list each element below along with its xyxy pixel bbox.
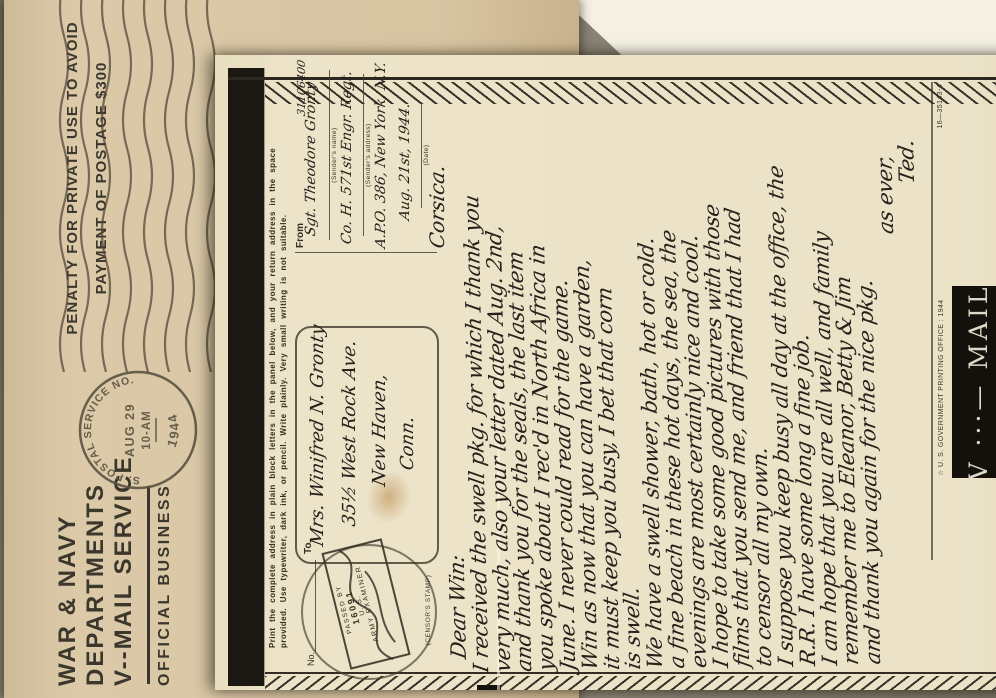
cancellation-wavy-lines [52, 0, 230, 372]
vmail-letter-sheet: Print the complete address in plain bloc… [215, 55, 996, 690]
to-address-line: Conn. [397, 415, 418, 472]
message-line: Ted. [895, 76, 919, 185]
letter-date: Aug. 21st, 1944. [397, 102, 413, 221]
form-border-band [228, 68, 264, 686]
to-address-line: Mrs. Winifred N. Gronty [307, 323, 328, 548]
postmark-time: 10-AM [141, 410, 153, 450]
to-address-line: New Haven, [369, 372, 390, 488]
scanned-vmail-photo: WAR & NAVY DEPARTMENTS V--MAIL SERVICE O… [0, 0, 996, 698]
no-label: No. [306, 652, 316, 666]
instruction-line: provided. Use typewriter, dark ink, or p… [278, 88, 289, 648]
instruction-line: Print the complete address in plain bloc… [267, 88, 278, 648]
corner-card-rule [147, 486, 150, 684]
censor-number-line: No. [305, 560, 316, 666]
gpo-print-line: ☆ U. S. GOVERNMENT PRINTING OFFICE : 194… [937, 84, 945, 476]
vmail-logo-text: V ···— MAIL [964, 284, 993, 481]
form-instructions: Print the complete address in plain bloc… [267, 88, 289, 648]
postmark-stamp: U.S. POSTAL SERVICE NO. 14 AUG 29 10-AM … [68, 360, 208, 500]
sender-serial-number: 31106400 [295, 59, 308, 117]
no-rule [305, 560, 316, 652]
sender-address-caption: (Sender's address) [363, 74, 372, 236]
from-sender-panel: From Sgt. Theodore Gronty 31106400 (Send… [295, 58, 437, 253]
sender-unit: Co. H. 571st Engr. Regt. [339, 70, 355, 246]
vmail-logo-box: V ···— MAIL [952, 286, 996, 478]
gpo-print-left: ☆ U. S. GOVERNMENT PRINTING OFFICE : 194… [937, 299, 945, 476]
gpo-print-right: 16—35143-4 [937, 84, 945, 128]
sender-apo: A.P.O. 386, New York, N.Y. [373, 61, 389, 250]
sender-name-caption: (Sender's name) [329, 70, 338, 240]
postmark-date: AUG 29 [123, 403, 137, 457]
footer-rule [931, 82, 933, 560]
svg-text:1944: 1944 [164, 411, 182, 449]
letter-message: Dear Win: I received the swell pkg. for … [437, 77, 929, 673]
to-address-line: 35½ West Rock Ave. [339, 338, 360, 528]
to-address-panel: To Mrs. Winifred N. Gronty 35½ West Rock… [295, 326, 439, 564]
postmark-year: 1944 [164, 411, 182, 449]
